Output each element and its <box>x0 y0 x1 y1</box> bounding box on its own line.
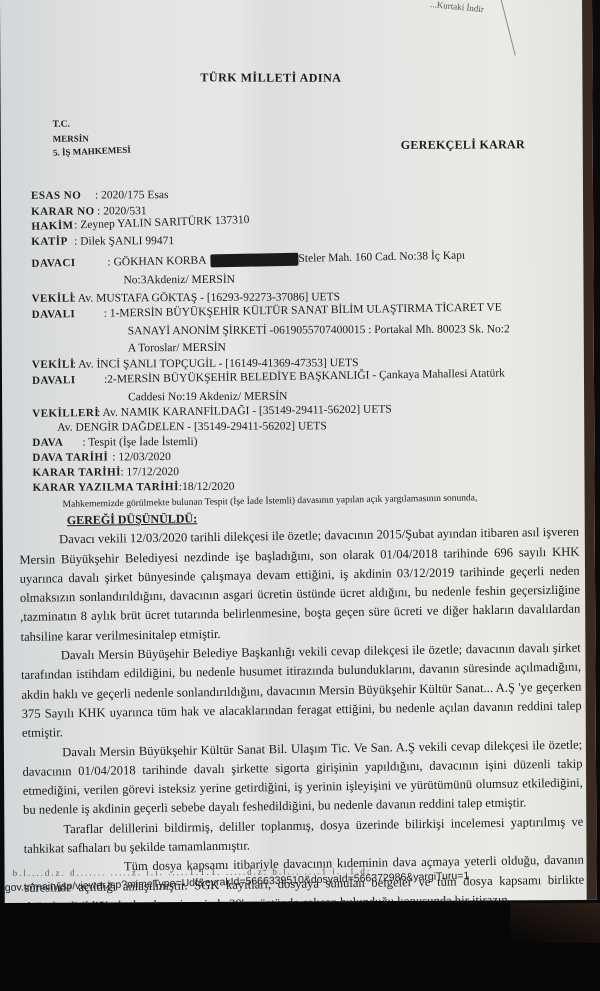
paragraph: Davalı Mersin Büyüşehir Belediye Başkanl… <box>21 639 582 744</box>
decision-type: GEREKÇELİ KARAR <box>401 137 525 153</box>
document-page: ...Kurtaki İndir TÜRK MİLLETİ ADINA T.C.… <box>0 0 597 903</box>
corner-stamp: ...Kurtaki İndir <box>430 0 485 14</box>
plaintiff-row: DAVACI: GÖKHAN KORBASteler Mah. 160 Cad.… <box>31 250 465 271</box>
case-row: ESAS NO: 2020/175 Esas <box>31 189 169 202</box>
case-row: KARAR NO: 2020/531 <box>31 205 147 218</box>
defendant2-lawyer2: Av. DENGİR DAĞDELEN - [35149-29411-56202… <box>57 420 327 433</box>
court-line: 5. İŞ MAHKEMESİ <box>53 143 131 160</box>
decision-body: GEREĞİ DÜŞÜNÜLDÜ: Davacı vekili 12/03/20… <box>19 504 585 903</box>
court-line: T.C. <box>53 117 131 131</box>
defendant2-lawyers: VEKİLLERİ : Av. NAMIK KARANFİLDAĞI - [35… <box>32 403 392 419</box>
page-edge <box>582 0 597 900</box>
defendant1-lawyer: VEKİLİ : Av. İNCİ ŞANLI TOPÇUGİL - [1614… <box>32 357 359 371</box>
redacted-id <box>210 253 298 268</box>
defendant1-line3: A Toroslar/ MERSİN <box>128 342 226 355</box>
document-title: TÜRK MİLLETİ ADINA <box>200 70 341 85</box>
plaintiff-lawyer: VEKİLİ : Av. MUSTAFA GÖKTAŞ - [16293-922… <box>32 291 340 305</box>
case-type-row: DAVA: Tespit (İşe İade İstemli) <box>32 436 197 449</box>
defendant2-line2: Caddesi No:19 Akdeniz/ MERSİN <box>128 391 287 404</box>
case-date-row: DAVA TARİHİ: 12/03/2020 <box>32 451 171 464</box>
fold-line <box>500 0 516 56</box>
court-info: T.C. MERSİN 5. İŞ MAHKEMESİ <box>53 117 131 159</box>
plaintiff-address: No:3Akdeniz/ MERSİN <box>123 274 235 287</box>
defendant1-line2: SANAYİ ANONİM ŞİRKETİ -0619055707400015 … <box>128 323 510 337</box>
paragraph: Davalı Mersin Büyükşehir Kültür Sanat Bi… <box>22 735 583 820</box>
paragraph: Davacı vekili 12/03/2020 tarihli dilekçe… <box>19 523 581 647</box>
written-date-row: KARAR YAZILMA TARİHİ:18/12/2020 <box>33 481 235 494</box>
decision-date-row: KARAR TARİHİ: 17/12/2020 <box>32 466 179 479</box>
case-row: KATİP : Dilek ŞANLI 99471 <box>31 235 174 248</box>
background-shadow <box>0 903 600 991</box>
